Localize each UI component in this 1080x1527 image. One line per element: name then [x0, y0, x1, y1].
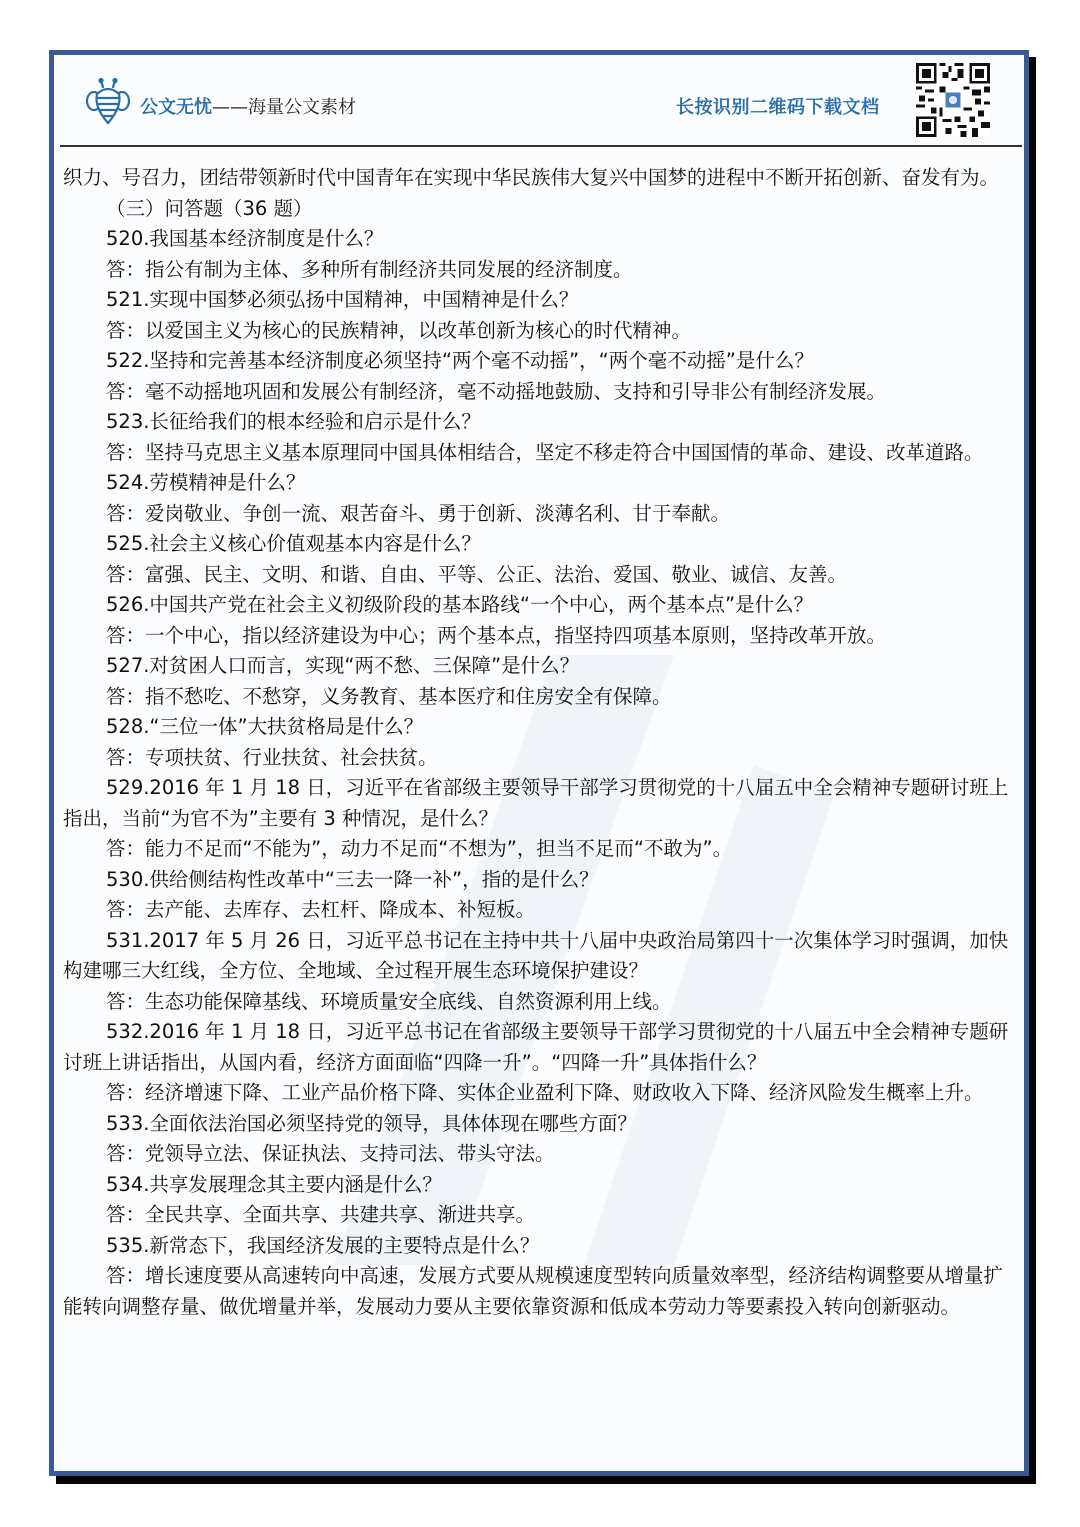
question-528: 528.“三位一体”大扶贫格局是什么？ [63, 712, 1018, 743]
answer-527: 答：指不愁吃、不愁穿，义务教育、基本医疗和住房安全有保障。 [63, 682, 1018, 713]
question-524: 524.劳模精神是什么？ [63, 468, 1018, 499]
answer-532: 答：经济增速下降、工业产品价格下降、实体企业盈利下降、财政收入下降、经济风险发生… [63, 1078, 1018, 1109]
answer-521: 答：以爱国主义为核心的民族精神，以改革创新为核心的时代精神。 [63, 316, 1018, 347]
question-535: 535.新常态下，我国经济发展的主要特点是什么？ [63, 1231, 1018, 1262]
answer-529: 答：能力不足而“不能为”，动力不足而“不想为”，担当不足而“不敢为”。 [63, 834, 1018, 865]
header-divider [60, 145, 1022, 147]
answer-524: 答：爱岗敬业、争创一流、艰苦奋斗、勇于创新、淡薄名利、甘于奉献。 [63, 499, 1018, 530]
bee-icon [84, 77, 132, 129]
answer-522: 答：毫不动摇地巩固和发展公有制经济，毫不动摇地鼓励、支持和引导非公有制经济发展。 [63, 377, 1018, 408]
answer-526: 答：一个中心，指以经济建设为中心；两个基本点，指坚持四项基本原则，坚持改革开放。 [63, 621, 1018, 652]
qr-code-icon[interactable] [916, 63, 990, 137]
download-cta-text: 长按识别二维码下载文档 [676, 93, 880, 119]
question-532: 532.2016 年 1 月 18 日，习近平总书记在省部级主要领导干部学习贯彻… [63, 1017, 1018, 1078]
answer-523: 答：坚持马克思主义基本原理同中国具体相结合，坚定不移走符合中国国情的革命、建设、… [63, 438, 1018, 469]
document-page: 公文无忧——海量公文素材 长按识别二维码下载文档 织力、号召力，团结带领新时代中… [49, 50, 1029, 1476]
answer-528: 答：专项扶贫、行业扶贫、社会扶贫。 [63, 743, 1018, 774]
answer-520: 答：指公有制为主体、多种所有制经济共同发展的经济制度。 [63, 255, 1018, 286]
question-520: 520.我国基本经济制度是什么？ [63, 224, 1018, 255]
brand-title: 公文无忧——海量公文素材 [140, 93, 356, 119]
document-header: 公文无忧——海量公文素材 长按识别二维码下载文档 [54, 55, 1024, 145]
brand-separator: —— [212, 97, 248, 118]
question-521: 521.实现中国梦必须弘扬中国精神，中国精神是什么？ [63, 285, 1018, 316]
answer-535: 答：增长速度要从高速转向中高速，发展方式要从规模速度型转向质量效率型，经济结构调… [63, 1261, 1018, 1322]
answer-525: 答：富强、民主、文明、和谐、自由、平等、公正、法治、爱国、敬业、诚信、友善。 [63, 560, 1018, 591]
question-529: 529.2016 年 1 月 18 日，习近平在省部级主要领导干部学习贯彻党的十… [63, 773, 1018, 834]
question-530: 530.供给侧结构性改革中“三去一降一补”，指的是什么？ [63, 865, 1018, 896]
question-531: 531.2017 年 5 月 26 日，习近平总书记在主持中共十八届中央政治局第… [63, 926, 1018, 987]
brand-tagline: 海量公文素材 [248, 97, 356, 118]
intro-paragraph: 织力、号召力，团结带领新时代中国青年在实现中华民族伟大复兴中国梦的进程中不断开拓… [63, 163, 1018, 194]
answer-531: 答：生态功能保障基线、环境质量安全底线、自然资源利用上线。 [63, 987, 1018, 1018]
brand-name: 公文无忧 [140, 97, 212, 118]
question-523: 523.长征给我们的根本经验和启示是什么？ [63, 407, 1018, 438]
answer-530: 答：去产能、去库存、去杠杆、降成本、补短板。 [63, 895, 1018, 926]
question-534: 534.共享发展理念其主要内涵是什么？ [63, 1170, 1018, 1201]
document-body: 织力、号召力，团结带领新时代中国青年在实现中华民族伟大复兴中国梦的进程中不断开拓… [63, 163, 1018, 1322]
section-title: （三）问答题（36 题） [63, 194, 1018, 225]
question-526: 526.中国共产党在社会主义初级阶段的基本路线“一个中心，两个基本点”是什么？ [63, 590, 1018, 621]
question-522: 522.坚持和完善基本经济制度必须坚持“两个毫不动摇”，“两个毫不动摇”是什么？ [63, 346, 1018, 377]
question-527: 527.对贫困人口而言，实现“两不愁、三保障”是什么？ [63, 651, 1018, 682]
question-525: 525.社会主义核心价值观基本内容是什么？ [63, 529, 1018, 560]
answer-533: 答：党领导立法、保证执法、支持司法、带头守法。 [63, 1139, 1018, 1170]
question-533: 533.全面依法治国必须坚持党的领导，具体体现在哪些方面？ [63, 1109, 1018, 1140]
answer-534: 答：全民共享、全面共享、共建共享、渐进共享。 [63, 1200, 1018, 1231]
